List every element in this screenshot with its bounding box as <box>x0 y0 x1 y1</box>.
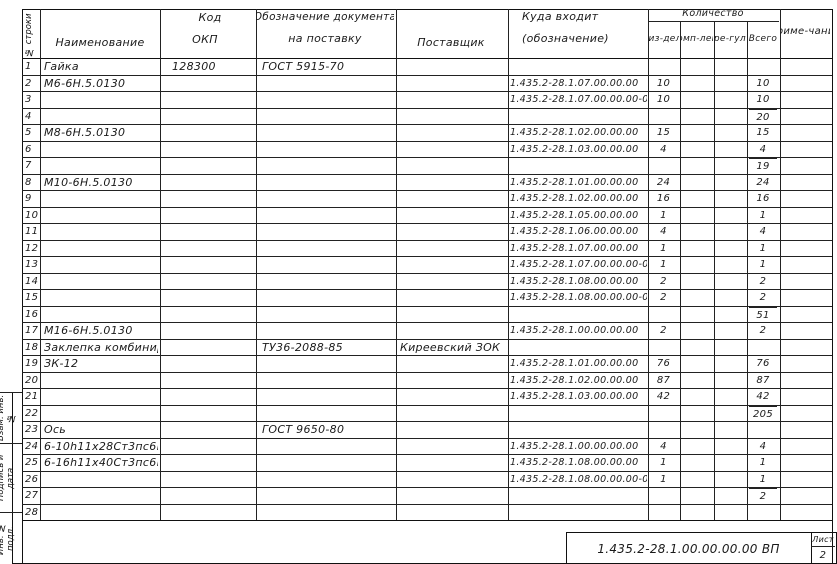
document-designation: 1.435.2-28.1.00.00.00.00 ВП <box>566 536 811 562</box>
qty-total: 2 <box>747 323 779 339</box>
row-number: 14 <box>24 274 41 290</box>
column-line <box>680 21 681 520</box>
item-code-okp <box>172 290 254 306</box>
supplier <box>400 257 506 273</box>
item-code-okp <box>172 356 254 372</box>
where-used: 1.435.2-28.1.00.00.00.00 <box>510 439 647 455</box>
supply-document <box>262 142 394 158</box>
qty-per-item: 10 <box>648 92 679 108</box>
qty-total: 1 <box>747 208 779 224</box>
item-name <box>44 389 158 405</box>
item-name <box>44 406 158 422</box>
supplier <box>400 125 506 141</box>
item-name: 6-10h11х28Ст3пс6Ц30 <box>44 439 158 455</box>
qty-per-item <box>648 307 679 323</box>
supplier: Киреевский ЗОК <box>400 340 506 356</box>
column-line <box>396 9 397 520</box>
item-code-okp <box>172 340 254 356</box>
item-code-okp <box>172 125 254 141</box>
supplier <box>400 472 506 488</box>
supply-document <box>262 356 394 372</box>
sheet-label: Лист <box>811 533 835 545</box>
qty-total-sum: 19 <box>749 158 777 175</box>
where-used: 1.435.2-28.1.02.00.00.00 <box>510 125 647 141</box>
supplier <box>400 274 506 290</box>
supply-document <box>262 323 394 339</box>
item-code-okp <box>172 422 254 438</box>
header-qty-total: Всего <box>747 22 779 56</box>
item-name <box>44 158 158 174</box>
item-name <box>44 373 158 389</box>
row-number: 22 <box>24 406 41 422</box>
supplier <box>400 241 506 257</box>
where-used <box>510 307 647 323</box>
row-number: 28 <box>24 505 41 521</box>
qty-total: 4 <box>747 142 779 158</box>
item-name <box>44 191 158 207</box>
row-number: 6 <box>24 142 41 158</box>
qty-per-item: 16 <box>648 191 679 207</box>
supply-document <box>262 76 394 92</box>
item-code-okp <box>172 241 254 257</box>
item-code-okp <box>172 142 254 158</box>
qty-per-item: 1 <box>648 241 679 257</box>
where-used <box>510 505 647 521</box>
item-name <box>44 488 158 504</box>
qty-per-item: 42 <box>648 389 679 405</box>
header-quantity: Количество <box>648 7 778 19</box>
supply-document <box>262 455 394 471</box>
row-number: 16 <box>24 307 41 323</box>
qty-total: 2 <box>747 290 779 306</box>
header-note: Приме-чание <box>780 10 830 54</box>
qty-per-item <box>648 406 679 422</box>
row-number: 18 <box>24 340 41 356</box>
supplier <box>400 356 506 372</box>
item-code-okp <box>172 455 254 471</box>
item-code-okp <box>172 92 254 108</box>
supply-document <box>262 472 394 488</box>
where-used: 1.435.2-28.1.08.00.00.00-01 <box>510 290 647 306</box>
item-code-okp <box>172 389 254 405</box>
item-name: Заклепка комбинирован. <box>44 340 158 356</box>
qty-per-item: 1 <box>648 455 679 471</box>
row-number: 24 <box>24 439 41 455</box>
supply-document <box>262 373 394 389</box>
supplier <box>400 505 506 521</box>
where-used: 1.435.2-28.1.01.00.00.00 <box>510 356 647 372</box>
supply-document <box>262 224 394 240</box>
qty-total: 76 <box>747 356 779 372</box>
supply-document <box>262 274 394 290</box>
qty-total: 1 <box>747 455 779 471</box>
where-used: 1.435.2-28.1.02.00.00.00 <box>510 191 647 207</box>
table-bottom-line <box>22 520 832 521</box>
supplier <box>400 158 506 174</box>
supplier <box>400 142 506 158</box>
supply-document <box>262 109 394 125</box>
supply-document <box>262 439 394 455</box>
frame-left <box>22 9 23 564</box>
where-used: 1.435.2-28.1.08.00.00.00 <box>510 455 647 471</box>
supplier <box>400 191 506 207</box>
column-line <box>256 9 257 520</box>
qty-per-item: 1 <box>648 208 679 224</box>
supplier <box>400 290 506 306</box>
row-number: 20 <box>24 373 41 389</box>
supplier <box>400 389 506 405</box>
item-code-okp <box>172 307 254 323</box>
item-name: М16-6Н.5.0130 <box>44 323 158 339</box>
qty-per-item: 10 <box>648 76 679 92</box>
header-code-top: Код <box>165 10 255 26</box>
supply-document <box>262 158 394 174</box>
qty-total: 10 <box>747 92 779 108</box>
column-line <box>780 9 781 520</box>
item-name <box>44 241 158 257</box>
qty-per-item <box>648 422 679 438</box>
supply-document <box>262 257 394 273</box>
row-number: 15 <box>24 290 41 306</box>
supplier <box>400 175 506 191</box>
item-name <box>44 92 158 108</box>
supplier <box>400 422 506 438</box>
header-code-bottom: ОКП <box>160 32 250 48</box>
where-used <box>510 488 647 504</box>
row-number: 7 <box>24 158 41 174</box>
item-name <box>44 109 158 125</box>
item-name: М8-6Н.5.0130 <box>44 125 158 141</box>
item-code-okp: 128300 <box>172 59 254 75</box>
supply-document <box>262 191 394 207</box>
qty-total: 4 <box>747 439 779 455</box>
item-name <box>44 274 158 290</box>
qty-total-sum: 51 <box>749 307 777 324</box>
header-doc-bottom: на поставку <box>256 31 394 47</box>
item-code-okp <box>172 191 254 207</box>
supply-document <box>262 488 394 504</box>
supply-document <box>262 175 394 191</box>
supplier <box>400 59 506 75</box>
header-supplier: Поставщик <box>396 30 506 56</box>
specification-sheet: 1Гайка128300ГОСТ 5915-702М6-6Н.5.01301.4… <box>0 0 837 564</box>
item-name <box>44 224 158 240</box>
item-code-okp <box>172 224 254 240</box>
qty-total: 1 <box>747 241 779 257</box>
qty-total: 16 <box>747 191 779 207</box>
where-used: 1.435.2-28.1.02.00.00.00 <box>510 373 647 389</box>
supply-document <box>262 208 394 224</box>
supply-document <box>262 406 394 422</box>
column-line <box>714 21 715 520</box>
qty-per-item <box>648 158 679 174</box>
row-number: 13 <box>24 257 41 273</box>
item-code-okp <box>172 76 254 92</box>
qty-per-item: 87 <box>648 373 679 389</box>
header-qty-per-item: на из-делие <box>648 22 679 56</box>
item-code-okp <box>172 472 254 488</box>
item-name <box>44 472 158 488</box>
item-code-okp <box>172 373 254 389</box>
item-code-okp <box>172 439 254 455</box>
qty-total: 2 <box>747 274 779 290</box>
item-name: Гайка <box>44 59 158 75</box>
qty-total: 1 <box>747 257 779 273</box>
item-name <box>44 208 158 224</box>
supplier <box>400 323 506 339</box>
item-code-okp <box>172 208 254 224</box>
row-number: 19 <box>24 356 41 372</box>
item-name: ЗК-12 <box>44 356 158 372</box>
row-number: 27 <box>24 488 41 504</box>
item-code-okp <box>172 158 254 174</box>
qty-per-item: 1 <box>648 472 679 488</box>
where-used <box>510 109 647 125</box>
header-qty-repair: на ре-гулир. <box>714 22 746 56</box>
column-line <box>508 9 509 520</box>
qty-per-item: 2 <box>648 290 679 306</box>
qty-total-sum: 2 <box>749 488 777 505</box>
where-used: 1.435.2-28.1.07.00.00.00 <box>510 76 647 92</box>
row-number: 1 <box>24 59 41 75</box>
supply-document <box>262 389 394 405</box>
qty-total: 1 <box>747 472 779 488</box>
where-used: 1.435.2-28.1.07.00.00.00-01 <box>510 92 647 108</box>
qty-total-sum: 20 <box>749 109 777 126</box>
row-number: 4 <box>24 109 41 125</box>
qty-total: 4 <box>747 224 779 240</box>
where-used: 1.435.2-28.1.07.00.00.00 <box>510 241 647 257</box>
item-code-okp <box>172 488 254 504</box>
header-row-number: № строки <box>22 10 36 60</box>
supplier <box>400 109 506 125</box>
qty-total: 10 <box>747 76 779 92</box>
where-used <box>510 59 647 75</box>
supplier <box>400 92 506 108</box>
qty-per-item: 4 <box>648 142 679 158</box>
row-number: 9 <box>24 191 41 207</box>
supplier <box>400 406 506 422</box>
item-name: 6-16h11х40Ст3пс6Ц30 <box>44 455 158 471</box>
item-code-okp <box>172 406 254 422</box>
qty-total-sum: 205 <box>749 406 777 423</box>
where-used: 1.435.2-28.1.08.00.00.00 <box>510 274 647 290</box>
qty-per-item: 2 <box>648 274 679 290</box>
row-number: 10 <box>24 208 41 224</box>
margin-swap-inv: Взам. инв. № <box>0 393 12 443</box>
qty-total <box>747 340 779 356</box>
qty-total <box>747 422 779 438</box>
where-used: 1.435.2-28.1.05.00.00.00 <box>510 208 647 224</box>
row-number: 25 <box>24 455 41 471</box>
item-name <box>44 505 158 521</box>
supplier <box>400 208 506 224</box>
qty-per-item: 15 <box>648 125 679 141</box>
supply-document <box>262 505 394 521</box>
supplier <box>400 224 506 240</box>
row-number: 3 <box>24 92 41 108</box>
sheet-number: 2 <box>811 548 835 562</box>
supply-document <box>262 241 394 257</box>
column-line <box>160 9 161 520</box>
where-used: 1.435.2-28.1.03.00.00.00 <box>510 142 647 158</box>
qty-per-item: 24 <box>648 175 679 191</box>
where-used: 1.435.2-28.1.03.00.00.00 <box>510 389 647 405</box>
row-number: 12 <box>24 241 41 257</box>
where-used: 1.435.2-28.1.06.00.00.00 <box>510 224 647 240</box>
where-used <box>510 158 647 174</box>
row-number: 5 <box>24 125 41 141</box>
row-number: 26 <box>24 472 41 488</box>
qty-per-item <box>648 59 679 75</box>
qty-total: 42 <box>747 389 779 405</box>
qty-total <box>747 59 779 75</box>
qty-per-item <box>648 340 679 356</box>
qty-per-item <box>648 505 679 521</box>
item-name: М10-6Н.5.0130 <box>44 175 158 191</box>
supplier <box>400 439 506 455</box>
frame-right <box>832 9 833 564</box>
qty-per-item: 76 <box>648 356 679 372</box>
header-doc-top: Обозначение документа <box>256 9 394 25</box>
supply-document <box>262 307 394 323</box>
item-name <box>44 257 158 273</box>
qty-per-item: 2 <box>648 323 679 339</box>
row-number: 11 <box>24 224 41 240</box>
where-used <box>510 422 647 438</box>
sheet-divider <box>811 546 835 547</box>
item-name <box>44 142 158 158</box>
supply-document <box>262 290 394 306</box>
item-name <box>44 307 158 323</box>
item-code-okp <box>172 257 254 273</box>
where-used: 1.435.2-28.1.07.00.00.00-01 <box>510 257 647 273</box>
row-number: 21 <box>24 389 41 405</box>
where-used <box>510 406 647 422</box>
supplier <box>400 455 506 471</box>
item-name: М6-6Н.5.0130 <box>44 76 158 92</box>
supplier <box>400 307 506 323</box>
row-number: 23 <box>24 422 41 438</box>
item-name: Ось <box>44 422 158 438</box>
row-number: 8 <box>24 175 41 191</box>
item-code-okp <box>172 109 254 125</box>
supply-document: ТУ36-2088-85 <box>262 340 394 356</box>
row-number: 17 <box>24 323 41 339</box>
where-used: 1.435.2-28.1.08.00.00.00-01 <box>510 472 647 488</box>
item-code-okp <box>172 323 254 339</box>
margin-inv-orig: Инв. № подл. <box>0 513 12 564</box>
supply-document: ГОСТ 9650-80 <box>262 422 394 438</box>
where-used: 1.435.2-28.1.00.00.00.00 <box>510 323 647 339</box>
header-name: Наименование <box>40 30 160 56</box>
item-code-okp <box>172 175 254 191</box>
qty-per-item: 4 <box>648 439 679 455</box>
item-code-okp <box>172 274 254 290</box>
row-number: 2 <box>24 76 41 92</box>
where-used <box>510 340 647 356</box>
item-code-okp <box>172 505 254 521</box>
qty-per-item <box>648 109 679 125</box>
qty-per-item <box>648 488 679 504</box>
supply-document <box>262 125 394 141</box>
where-used: 1.435.2-28.1.01.00.00.00 <box>510 175 647 191</box>
supplier <box>400 373 506 389</box>
qty-total: 87 <box>747 373 779 389</box>
qty-per-item: 4 <box>648 224 679 240</box>
item-name <box>44 290 158 306</box>
supply-document <box>262 92 394 108</box>
header-qty-kits: в комп-лекты <box>680 22 713 56</box>
qty-total: 15 <box>747 125 779 141</box>
header-where-bottom: (обозначение) <box>508 31 662 47</box>
supplier <box>400 488 506 504</box>
header-where-top: Куда входит <box>508 9 662 25</box>
qty-per-item: 1 <box>648 257 679 273</box>
supplier <box>400 76 506 92</box>
qty-total: 24 <box>747 175 779 191</box>
supply-document: ГОСТ 5915-70 <box>262 59 394 75</box>
margin-sign-date: Подпись и дата <box>0 444 12 512</box>
qty-total <box>747 505 779 521</box>
